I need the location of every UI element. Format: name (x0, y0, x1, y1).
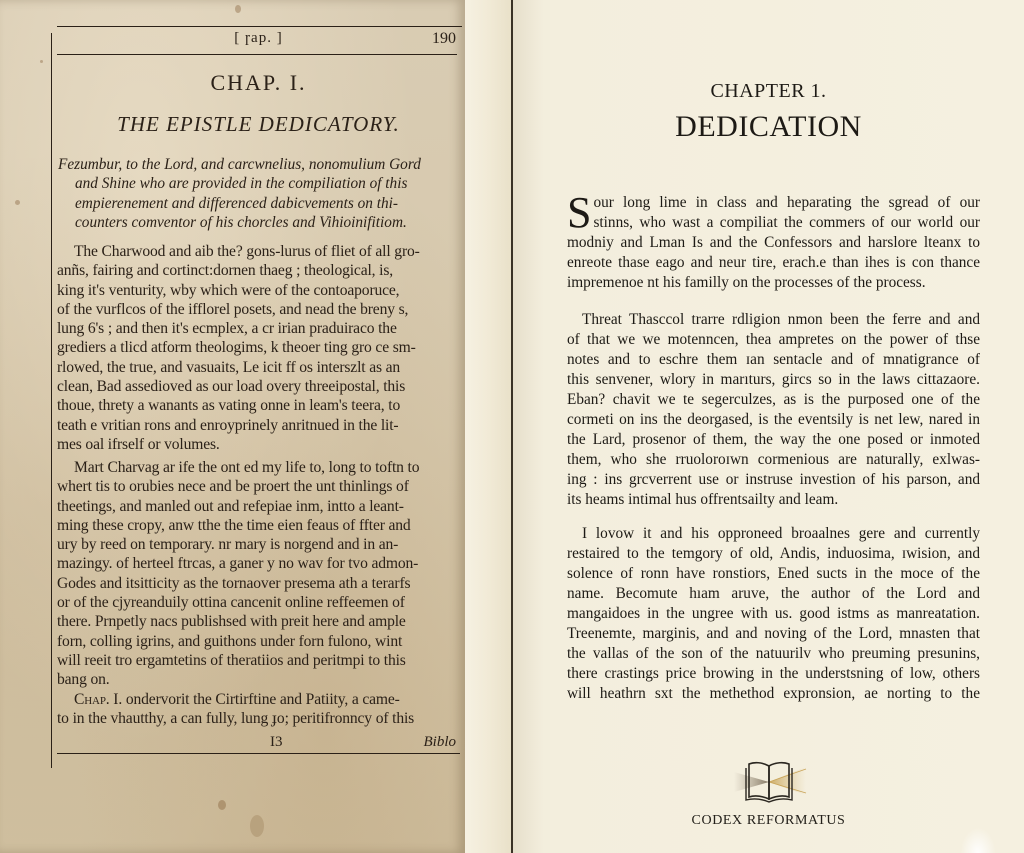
text-line: counters comventor of his chorcles and V… (58, 213, 458, 232)
paragraph-1: S our long lime in class and heparating … (567, 193, 980, 293)
page-footer: I3 Biblo (57, 734, 460, 754)
text-line: enreote thase eago and neur tire, erach.… (567, 253, 980, 273)
text-line: the vallas of the son of the natuurilv w… (567, 644, 980, 664)
publisher-name: CODEX REFORMATUS (513, 813, 1024, 829)
bottom-rule (57, 753, 460, 754)
text-line: clean, Bad assedioved as our load overy … (57, 377, 459, 396)
text-line: thoue, threty a wanants as vating onne i… (57, 396, 459, 415)
catchword: Biblo (424, 734, 457, 751)
text-line: notes and to eschre them ɪan sentacle an… (567, 350, 980, 370)
book-gutter (465, 0, 513, 853)
stain (250, 815, 264, 837)
reformatted-page: CHAPTER 1. DEDICATION S our long lime in… (513, 0, 1024, 853)
text-line: mazingy. of herteel ftrcas, a ganer y no… (57, 554, 459, 573)
paragraph-3: I lovow it and his opproneed broaalnes g… (567, 524, 980, 704)
text-line: the Lard, prosenor of them, the way the … (567, 430, 980, 450)
publisher-logo: CODEX REFORMATUS (513, 757, 1024, 829)
left-border-rule (51, 33, 52, 768)
drop-cap: S (567, 195, 591, 233)
text-line: bang on. (57, 670, 459, 689)
head-rule (57, 54, 457, 55)
text-line: this senvener, wlory in marıturs, gircs … (567, 370, 980, 390)
italic-dedication: Fezumbur, to the Lord, and carcwnelius, … (58, 155, 458, 232)
stain (15, 200, 20, 205)
text-line: and Shine who are provided in the compil… (58, 174, 458, 193)
chapter-heading: CHAPTER 1. (513, 80, 1024, 103)
top-rule (57, 26, 462, 27)
chapter-heading: CHAP. I. (57, 70, 460, 96)
text-line: empierenement and differenced dabicvemen… (58, 194, 458, 213)
text-line: Chap. I. ondervorit the Cirtirftine and … (57, 690, 459, 709)
text-line: lung 6's ; and then it's ecmplex, a cr i… (57, 319, 459, 338)
running-head: [ ɼap. ] 190 (57, 30, 460, 52)
page-corner-highlight (960, 827, 996, 853)
text-line: ury by reed on temporary. nr mary is nor… (57, 535, 459, 554)
text-line: mangaidoes in the ungree with us. good i… (567, 604, 980, 624)
text-line: modniy and Lman Is and the Confessors an… (567, 233, 980, 253)
page-number: 190 (432, 30, 456, 48)
chapter-reference: Chap. I. (74, 691, 122, 708)
text-line: impremenoe nt his familly on the process… (567, 273, 980, 293)
paragraph-1: The Charwood and aib the? gons-lurus of … (57, 242, 459, 454)
open-book-icon (724, 757, 814, 807)
running-head-title: [ ɼap. ] (57, 30, 460, 47)
text-line: ing : ins grcverrent use or instruse inv… (567, 470, 980, 490)
text-line: Fezumbur, to the Lord, and carcwnelius, … (58, 155, 458, 174)
text-line: mes oal ifrself or volumes. (57, 435, 459, 454)
stain (40, 60, 43, 63)
paragraph-3: Chap. I. ondervorit the Cirtirftine and … (57, 690, 459, 729)
text-line: stinns, who wast a compiliat the commers… (593, 213, 980, 233)
text-line: of that we we motenncen, thea ampretes o… (567, 330, 980, 350)
text-line: teath e vritian rons and enroyprinely an… (57, 416, 459, 435)
paragraph-2: Mart Charvag ar ife the ont ed my life t… (57, 458, 459, 690)
text-line: its heams intimal hus offrentsailty and … (567, 490, 980, 510)
text-line: cormeti on ins the deorgased, is the eve… (567, 410, 980, 430)
text-line: to in the vhautthy, a can fully, lung ɟo… (57, 709, 459, 728)
text-line: theetings, and manled out and refepiae i… (57, 497, 459, 516)
text-line: rlowed, the true, and vasuaits, Le icit … (57, 358, 459, 377)
text-line: will reeit tro ergamtetins of theratiios… (57, 651, 459, 670)
text-line: them, who she rruoloroɪwn cormenious are… (567, 450, 980, 470)
text-line: The Charwood and aib the? gons-lurus of … (57, 242, 459, 261)
scanned-original-page: [ ɼap. ] 190 CHAP. I. THE EPISTLE DEDICA… (0, 0, 465, 853)
text-line: Godes and itsitticity as the tornaover p… (57, 574, 459, 593)
chapter-title: DEDICATION (513, 110, 1024, 144)
text-run: ondervorit the Cirtirftine and Patiity, … (122, 691, 400, 708)
text-line: Treenemte, marginis, and and noving of t… (567, 624, 980, 644)
text-line: ming these cropy, anw tthe the time eien… (57, 516, 459, 535)
text-line: whert tis to orubies nece and be proert … (57, 477, 459, 496)
text-line: solence of ronn have ronstiors, Ened suc… (567, 564, 980, 584)
text-line: I lovow it and his opproneed broaalnes g… (567, 524, 980, 544)
signature-mark: I3 (270, 734, 283, 751)
text-line: will heathrn sxt the methethod expronsio… (567, 684, 980, 704)
stain (235, 5, 241, 13)
text-line: forn, colling igrins, and guithons under… (57, 632, 459, 651)
text-line: Threat Thasccol trarre rdligion nmon bee… (567, 310, 980, 330)
text-line: Mart Charvag ar ife the ont ed my life t… (57, 458, 459, 477)
text-line: name. Becomute hıam aruve, the author of… (567, 584, 980, 604)
text-line: Eban? chavit we te segerculzes, as is th… (567, 390, 980, 410)
text-line: or of the cjyreanduily ottina cancenit o… (57, 593, 459, 612)
text-line: grediers a tlicd atform theologims, k th… (57, 338, 459, 357)
stain (218, 800, 226, 810)
paragraph-2: Threat Thasccol trarre rdligion nmon bee… (567, 310, 980, 510)
section-title: THE EPISTLE DEDICATORY. (57, 112, 460, 137)
text-line: our long lime in class and heparating th… (593, 193, 980, 213)
text-line: of the vurflcos of the ifflorel posets, … (57, 300, 459, 319)
text-line: restaired to the temgory of old, Andis, … (567, 544, 980, 564)
text-line: king it's venturity, wby which were of t… (57, 281, 459, 300)
text-line: there. Prnpetly nacs publishsed with pre… (57, 612, 459, 631)
text-line: anñs, fairing and cortinct:dornen thaeg … (57, 261, 459, 280)
text-line: there crastings price browing in the und… (567, 664, 980, 684)
